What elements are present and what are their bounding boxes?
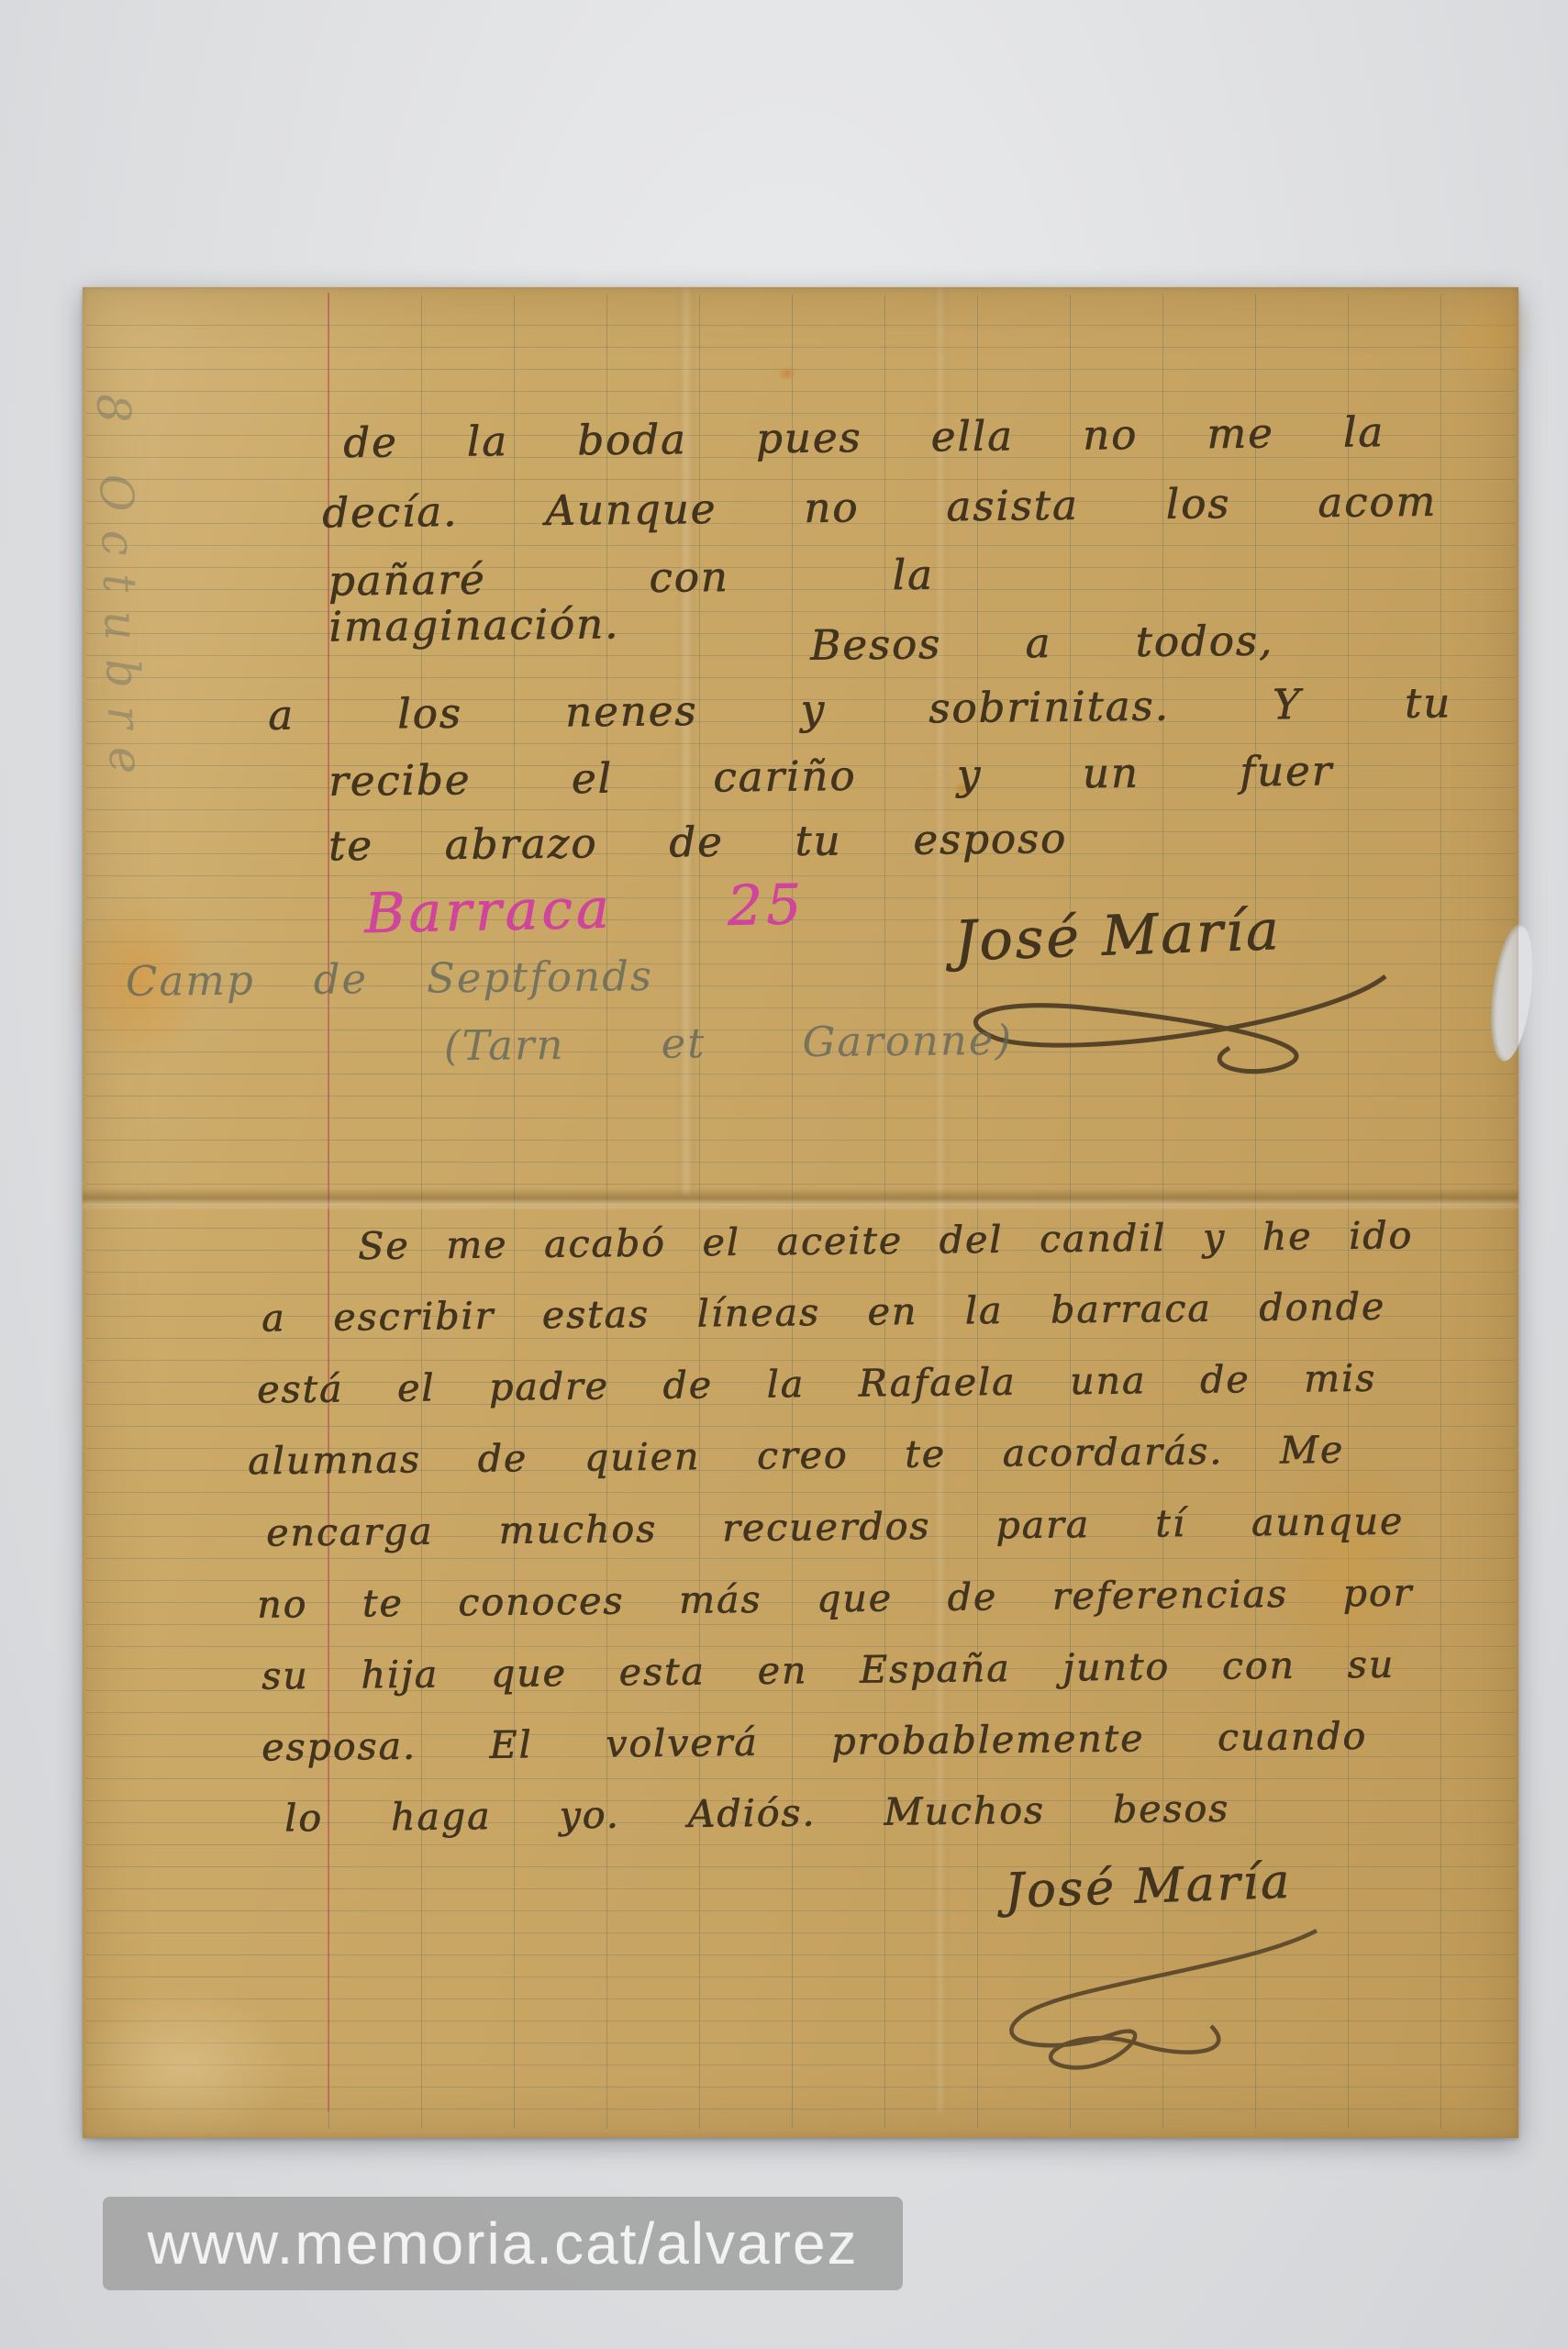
letter-line: lo haga yo. Adiós. Muchos besos	[284, 1788, 1229, 1840]
barraca-number-label: Barraca 25	[363, 874, 805, 944]
camp-address-line1: Camp de Septfonds	[126, 953, 653, 1005]
signature-flourish	[936, 1916, 1340, 2090]
letter-line: recibe el cariño y un fuer	[328, 748, 1333, 804]
camp-address-line2: (Tarn et Garonne)	[444, 1018, 1013, 1069]
signature-jose-maria-2: José María	[1004, 1854, 1293, 1920]
letter-line: Besos a todos,	[810, 618, 1273, 668]
signature-jose-maria: José María	[953, 898, 1283, 974]
watermark-url: www.memoria.cat/alvarez	[147, 2210, 858, 2277]
letter-line: decía. Aunque no asista los acom	[322, 479, 1437, 536]
letter-line: te abrazo de tu esposo	[328, 816, 1067, 869]
watermark-bar: www.memoria.cat/alvarez	[103, 2197, 903, 2290]
horizontal-fold-crease	[83, 1188, 1518, 1210]
photo-background: 8 Octubre de la boda pues ella no me la …	[0, 0, 1568, 2349]
letter-line: de la boda pues ella no me la	[343, 409, 1385, 465]
